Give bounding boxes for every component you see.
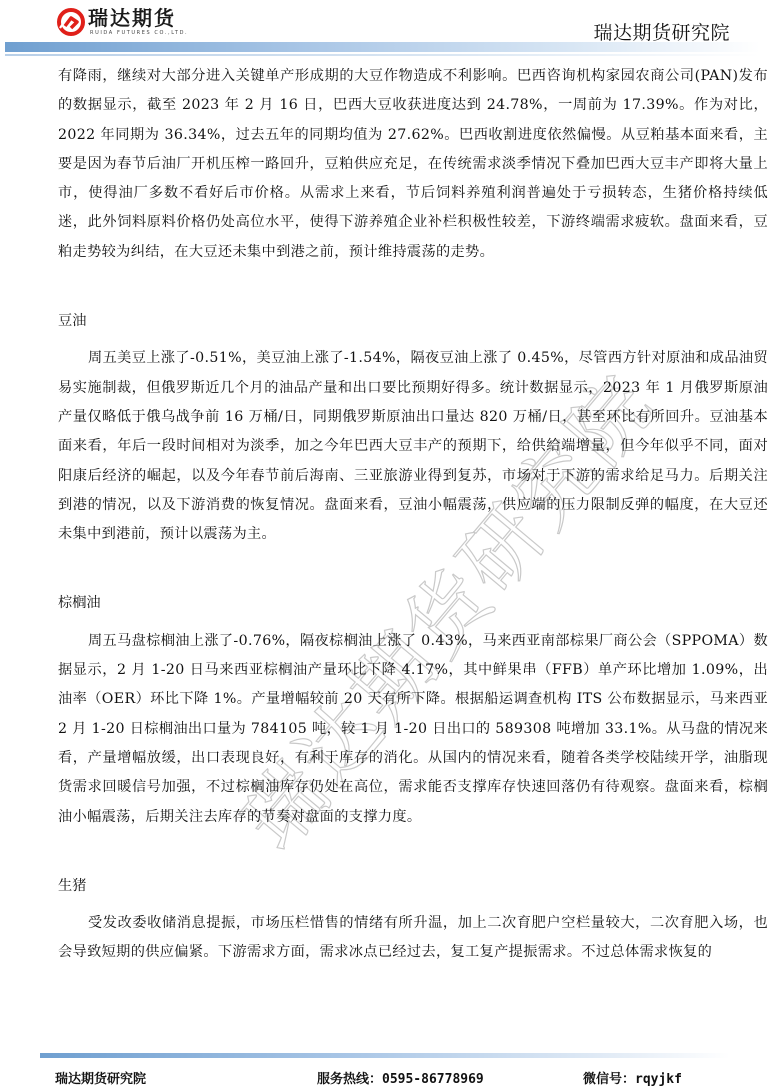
header-gradient-band	[5, 42, 760, 52]
footer-gradient-band	[40, 1053, 730, 1058]
footer-hotline: 服务热线：0595-86778969	[317, 1068, 484, 1087]
page-header: 瑞达期货 RUIDA FUTURES CO.,LTD. 瑞达期货研究院	[0, 0, 770, 60]
section-title-live-hogs: 生猪	[58, 872, 768, 901]
footer-wechat-id: 微信号：rqyjkf	[583, 1068, 682, 1087]
header-divider	[5, 54, 760, 56]
page-footer: 瑞达期货研究院 服务热线：0595-86778969 微信号：rqyjkf	[40, 1068, 740, 1088]
section-title-palm-oil: 棕榈油	[58, 589, 768, 618]
footer-institute-name: 瑞达期货研究院	[55, 1068, 146, 1087]
paragraph-soymeal-continued: 有降雨，继续对大部分进入关键单产形成期的大豆作物造成不利影响。巴西咨询机构家园农…	[58, 62, 768, 267]
paragraph-live-hogs: 受发改委收储消息提振，市场压栏惜售的情绪有所升温，加上二次育肥户空栏量较大，二次…	[58, 909, 768, 968]
ruida-logo-icon	[57, 8, 85, 36]
document-body: 有降雨，继续对大部分进入关键单产形成期的大豆作物造成不利影响。巴西咨询机构家园农…	[58, 62, 768, 968]
paragraph-soybean-oil: 周五美豆上涨了-0.51%，美豆油上涨了-1.54%，隔夜豆油上涨了 0.45%…	[58, 344, 768, 549]
logo-english-name: RUIDA FUTURES CO.,LTD.	[90, 30, 188, 37]
logo-chinese-name: 瑞达期货	[88, 6, 188, 30]
paragraph-palm-oil: 周五马盘棕榈油上涨了-0.76%，隔夜棕榈油上涨了 0.43%，马来西亚南部棕果…	[58, 627, 768, 832]
header-title: 瑞达期货研究院	[593, 18, 730, 45]
company-logo: 瑞达期货 RUIDA FUTURES CO.,LTD.	[57, 6, 188, 42]
section-title-soybean-oil: 豆油	[58, 307, 768, 336]
